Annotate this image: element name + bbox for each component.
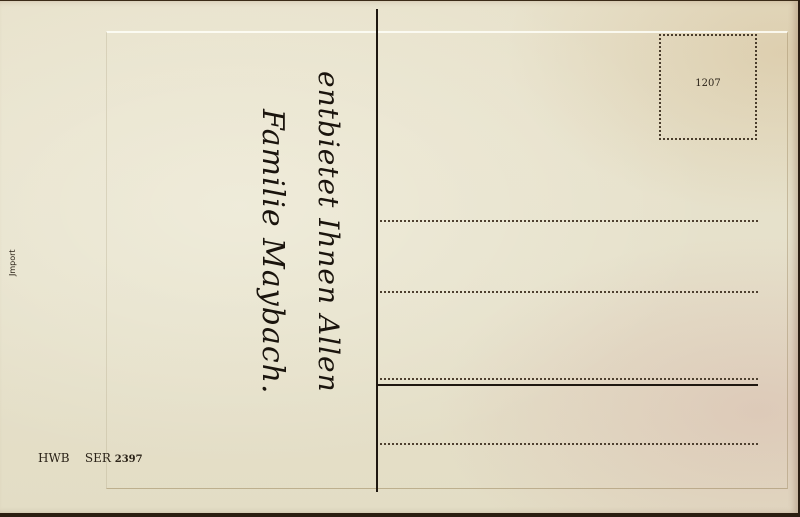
stamp-box: 1207 (659, 34, 757, 140)
address-line-4 (380, 443, 758, 445)
series-prefix: SER (85, 451, 111, 465)
handwritten-message-line-2: Familie Maybach. (255, 109, 290, 395)
address-line-1 (380, 220, 758, 222)
address-line-3 (380, 378, 758, 380)
handwritten-message-line-1: entbietet Ihnen Allen (312, 71, 345, 393)
publisher-mark: HWB SER 2397 (38, 451, 143, 465)
stamp-box-number: 1207 (661, 78, 755, 89)
import-label: Jmport (8, 249, 17, 276)
center-divider-line (376, 9, 378, 492)
publisher-logo: HWB (38, 451, 70, 465)
address-line-2 (380, 291, 758, 293)
postcard-back: Jmport entbietet Ihnen Allen Familie May… (0, 0, 798, 516)
address-solid-line (378, 384, 758, 386)
series-number: 2397 (115, 454, 143, 465)
